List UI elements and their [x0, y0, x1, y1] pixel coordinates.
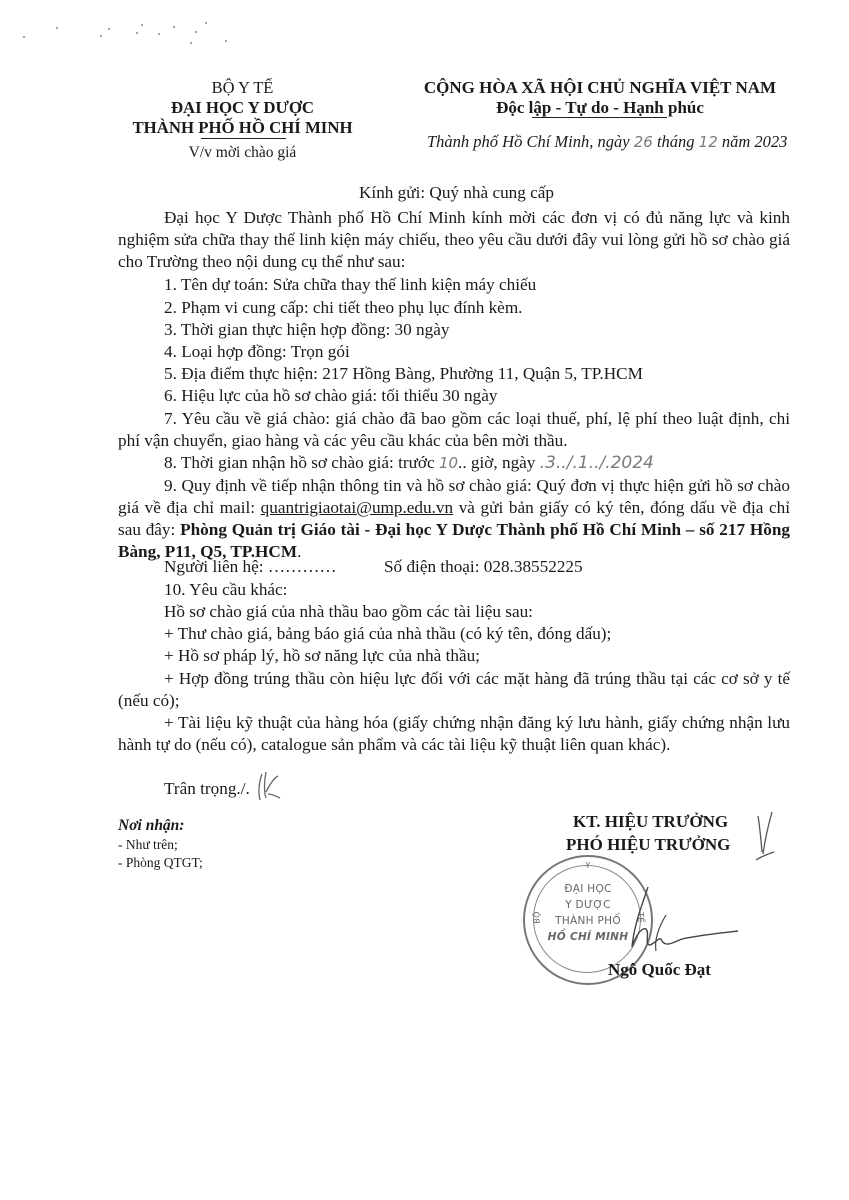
list-item: 4. Loại hợp đồng: Trọn gói [164, 342, 350, 362]
document-item: + Hồ sơ pháp lý, hồ sơ năng lực của nhà … [164, 646, 480, 666]
issuer-divider [201, 138, 286, 139]
stamp-top: Y [525, 861, 651, 870]
deadline-date-handwritten: .3../.1../.2024 [540, 453, 654, 473]
deadline-mid: .. giờ, ngày [458, 453, 540, 472]
greeting: Kính gửi: Quý nhà cung cấp [359, 182, 554, 204]
motto-divider [532, 117, 667, 118]
university-name-line2: THÀNH PHỐ HỒ CHÍ MINH [110, 118, 375, 138]
submission-address: Phòng Quản trị Giáo tài - Đại học Y Dược… [118, 520, 790, 561]
country-name: CỘNG HÒA XÃ HỘI CHỦ NGHĨA VIỆT NAM [395, 78, 805, 98]
initials-signature [254, 770, 284, 804]
list-item: 5. Địa điểm thực hiện: 217 Hồng Bàng, Ph… [164, 364, 643, 384]
recipient-item: - Phòng QTGT; [118, 855, 203, 871]
intro-paragraph: Đại học Y Dược Thành phố Hồ Chí Minh kín… [118, 207, 790, 273]
signature [620, 885, 740, 965]
signature-title-2: PHÓ HIỆU TRƯỞNG [566, 835, 730, 855]
recipients-title: Nơi nhận: [118, 817, 184, 835]
contact-person: Người liên hệ: ………… [164, 557, 337, 577]
other-requirements-title: 10. Yêu cầu khác: [164, 580, 287, 600]
list-item: 6. Hiệu lực của hồ sơ chào giá: tối thiể… [164, 386, 497, 406]
stamp-left: BỘ [533, 911, 542, 923]
initials-mark [752, 808, 782, 862]
contact-phone: Số điện thoại: 028.38552225 [384, 557, 583, 577]
email-link[interactable]: quantrigiaotai@ump.edu.vn [261, 498, 453, 517]
submission-rules: 9. Quy định về tiếp nhận thông tin và hồ… [118, 475, 790, 563]
signature-title-1: KT. HIỆU TRƯỞNG [573, 812, 728, 832]
date-prefix: Thành phố Hồ Chí Minh, ngày [427, 132, 634, 151]
subject-line: V/v mời chào giá [110, 144, 375, 162]
document-item: + Hợp đồng trúng thầu còn hiệu lực đối v… [118, 668, 790, 712]
price-requirement: 7. Yêu cầu về giá chào: giá chào đã bao … [118, 408, 790, 452]
deadline-hour-handwritten: 10 [439, 454, 458, 472]
closing: Trân trọng./. [164, 779, 250, 799]
national-header: CỘNG HÒA XÃ HỘI CHỦ NGHĨA VIỆT NAM Độc l… [395, 78, 805, 118]
signer-name: Ngô Quốc Đạt [608, 960, 711, 980]
date-month-handwritten: 12 [699, 133, 718, 151]
list-item: 3. Thời gian thực hiện hợp đồng: 30 ngày [164, 320, 449, 340]
date-year: năm 2023 [718, 132, 788, 151]
list-item: 2. Phạm vi cung cấp: chi tiết theo phụ l… [164, 298, 522, 318]
date-day-handwritten: 26 [634, 133, 653, 151]
recipient-item: - Như trên; [118, 837, 178, 853]
issuer-block: BỘ Y TẾ ĐẠI HỌC Y DƯỢC THÀNH PHỐ HỒ CHÍ … [110, 78, 375, 138]
place-date: Thành phố Hồ Chí Minh, ngày 26 tháng 12 … [427, 132, 787, 152]
list-item: 1. Tên dự toán: Sửa chữa thay thế linh k… [164, 275, 536, 295]
submission-deadline: 8. Thời gian nhận hồ sơ chào giá: trước … [164, 453, 654, 473]
national-motto: Độc lập - Tự do - Hạnh phúc [395, 98, 805, 118]
document-item: + Tài liệu kỹ thuật của hàng hóa (giấy c… [118, 712, 790, 756]
date-month-label: tháng [653, 132, 699, 151]
deadline-prefix: 8. Thời gian nhận hồ sơ chào giá: trước [164, 453, 439, 472]
document-item: + Thư chào giá, bảng báo giá của nhà thầ… [164, 624, 611, 644]
documents-intro: Hồ sơ chào giá của nhà thầu bao gồm các … [164, 602, 533, 622]
university-name-line1: ĐẠI HỌC Y DƯỢC [110, 98, 375, 118]
ministry-name: BỘ Y TẾ [110, 78, 375, 98]
